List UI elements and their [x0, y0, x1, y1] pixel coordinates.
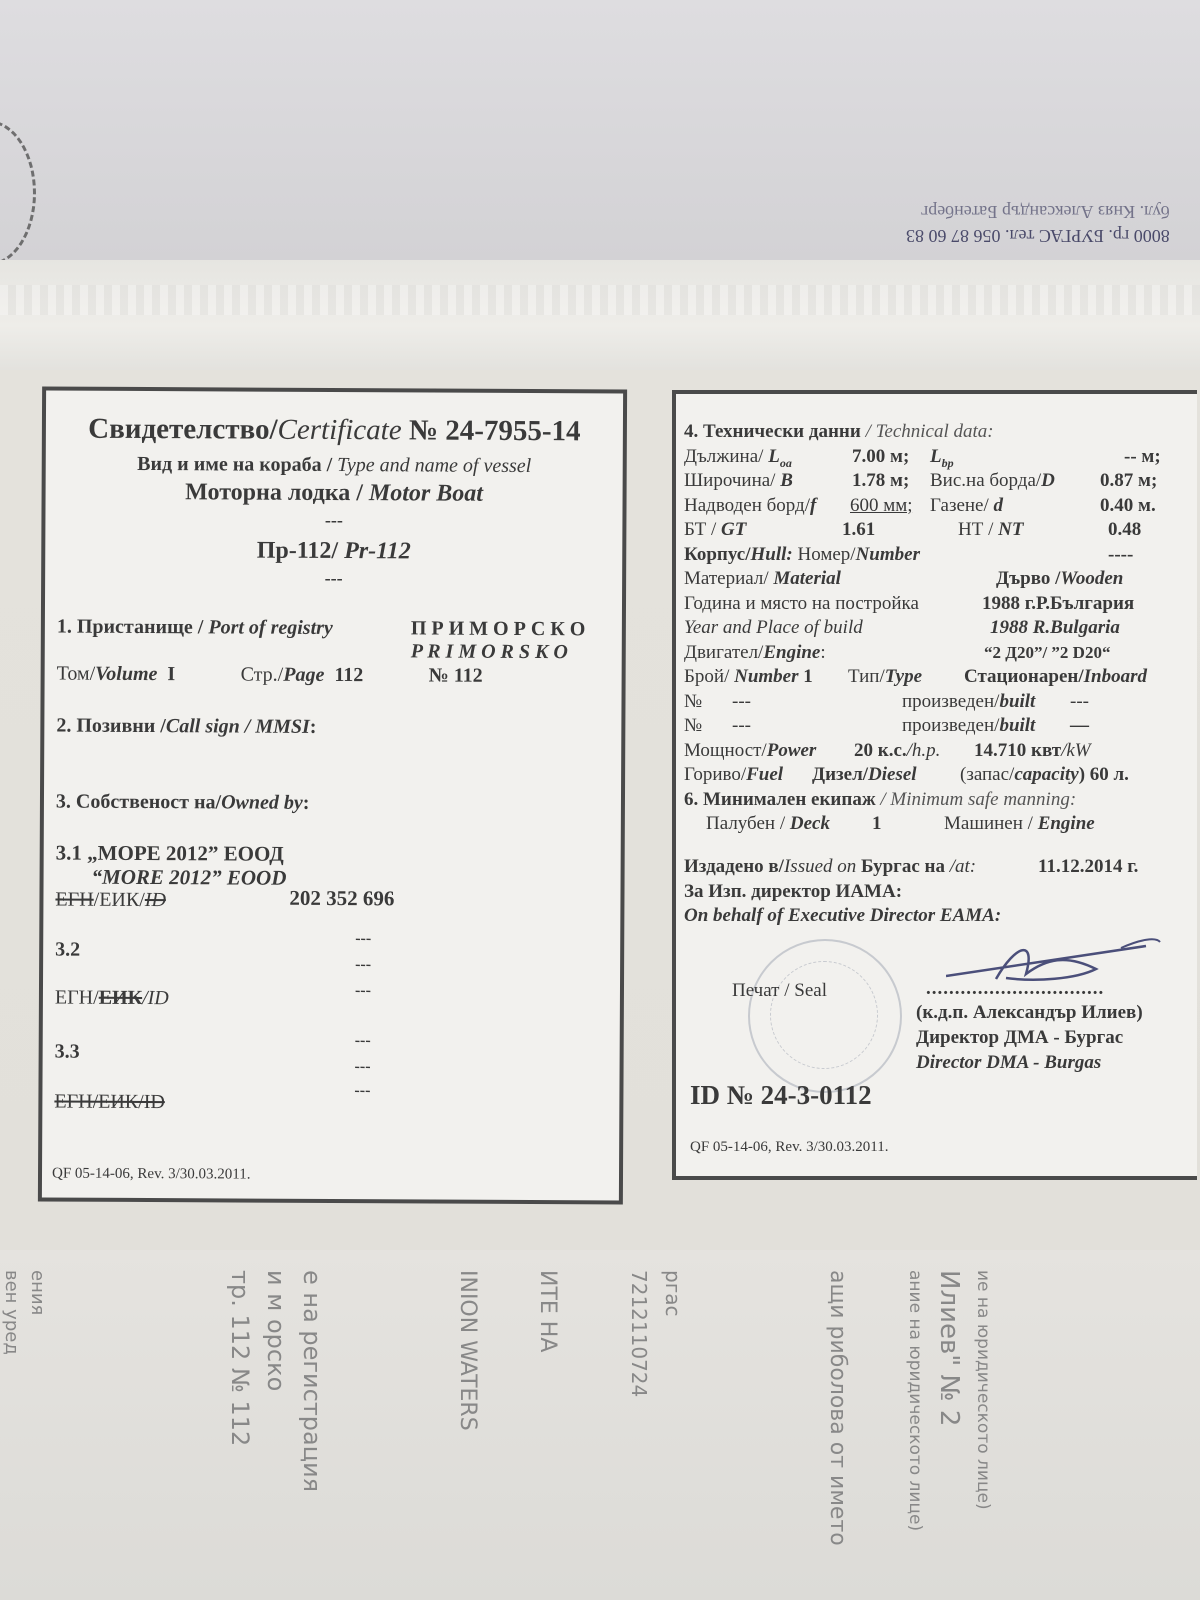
signer-title-bg: Директор ДМА - Бургас — [916, 1027, 1123, 1049]
row-engine: Двигател/Engine: “2 Д20”/ ”2 D20“ — [684, 641, 1200, 666]
row-breadth: Широчина/ B 1.78 м; Вис.на борда/D 0.87 … — [684, 469, 1200, 494]
row-tonnage: БТ / GT 1.61 НТ / NT 0.48 — [684, 518, 1200, 543]
owner-1-name-bg: 3.1 „МОРЕ 2012” ЕООД — [56, 841, 284, 867]
row-year-bg: Година и място на постройка 1988 г.Р.Бъл… — [684, 592, 1200, 617]
owner-2-id-label: ЕГН/ЕИК/ID — [55, 987, 169, 1011]
form-code-footer: QF 05-14-06, Rev. 3/30.03.2011. — [52, 1166, 251, 1184]
row-freeboard: Надводен борд/f 600 мм; Газене/ d 0.40 м… — [684, 494, 1200, 519]
row-engine-no-1: № --- произведен/built --- — [684, 690, 1200, 715]
owner-2-dash: --- — [355, 956, 371, 974]
seal-label: Печат / Seal — [732, 980, 827, 1002]
vessel-type-label: Вид и име на кораба / Type and name of v… — [46, 452, 623, 478]
issue-date: 11.12.2014 г. — [1038, 856, 1138, 878]
sleeve-punch-strip — [0, 285, 1200, 315]
owner-3-dash: --- — [355, 1032, 371, 1050]
row-hull: Корпус/Hull: Номер/Number ---- — [684, 543, 1200, 568]
separator: --- — [45, 508, 622, 532]
rotated-col-2: е на регистрация и м орско тр. 112 № 112 — [222, 1270, 330, 1492]
row-length: Дължина/ Loa 7.00 м; Lbp -- м; — [684, 445, 1200, 470]
official-seal-icon — [748, 939, 902, 1093]
owner-1-id-value: 202 352 696 — [289, 886, 394, 912]
owner-1-id-label: ЕГН/ЕИК/ID — [55, 889, 166, 913]
owner-3-dash: --- — [355, 1058, 371, 1076]
register-number: № 112 — [429, 665, 483, 688]
plastic-sleeve — [0, 260, 1200, 370]
manning-heading: 6. Минимален екипаж / Minimum safe manni… — [684, 788, 1200, 813]
rotated-col-1: ения вен уред 1.61 — [0, 1270, 50, 1355]
owner-3-id-dash: --- — [354, 1082, 370, 1100]
rotated-col-5: ргас 7212110724 — [622, 1270, 690, 1397]
row-material: Материал/ Material Дърво /Wooden — [684, 567, 1200, 592]
port-value-en: P R I M O R S K O — [411, 640, 568, 664]
vessel-type-value: Моторна лодка / Motor Boat — [46, 478, 623, 508]
certificate-title: Свидетелство/Certificate № 24-7955-14 — [46, 412, 623, 448]
port-value-bg: П Р И М О Р С К О — [411, 617, 586, 641]
row-fuel: Гориво/Fuel Дизел/Diesel (запас/capacity… — [684, 763, 1200, 788]
row-engine-count: Брой/ Number 1 Тип/Type Стационарен/Inbo… — [684, 665, 1200, 690]
port-label: 1. Пристанище / Port of registry — [57, 616, 333, 640]
certificate-right-panel: 4. Технически данни / Technical data: Дъ… — [672, 390, 1197, 1180]
vessel-registration: Пр-112/ Pr-112 — [45, 536, 622, 566]
row-manning: Палубен / Deck 1 Машинен / Engine — [684, 812, 1200, 837]
signer-title-en: Director DMA - Burgas — [916, 1052, 1101, 1074]
owner-3-id-label: ЕГН/ЕИК/ID — [54, 1091, 165, 1115]
rotated-col-7: ие на юридическото лице) Илиев" № 2 ание… — [898, 1270, 1000, 1531]
separator: --- — [45, 566, 622, 590]
row-power: Мощност/Power 20 к.с./h.p. 14.710 квт/kW — [684, 739, 1200, 764]
owner-3-num: 3.3 — [55, 1041, 80, 1064]
behalf-en: On behalf of Executive Director EAMA: — [684, 905, 1001, 927]
callsign-label: 2. Позивни /Call sign / MMSI: — [56, 715, 316, 739]
owner-2-dash: --- — [355, 930, 371, 948]
issued-row: Издадено в/Issued on Бургас на /at: — [684, 856, 976, 878]
tech-heading: 4. Технически данни / Technical data: — [684, 420, 1200, 445]
form-code-footer: QF 05-14-06, Rev. 3/30.03.2011. — [690, 1139, 888, 1156]
certificate-left-panel: Свидетелство/Certificate № 24-7955-14 Ви… — [38, 386, 627, 1204]
signer-name: (к.д.п. Александър Илиев) — [916, 1002, 1143, 1024]
underlying-document: ения вен уред 1.61 е на регистрация и м … — [0, 1250, 1200, 1600]
technical-data: 4. Технически данни / Technical data: Дъ… — [684, 420, 1200, 837]
page-row: Стр./Page 112 — [241, 664, 364, 688]
background-envelope: 8000 гр. БУРГАС тел. 056 87 60 83 бул. К… — [0, 0, 1200, 260]
rotated-col-4: ИТЕ НА — [535, 1270, 560, 1352]
upside-down-address: 8000 гр. БУРГАС тел. 056 87 60 83 бул. К… — [906, 200, 1170, 248]
postal-stamp-icon — [0, 120, 36, 266]
volume-row: Том/Volume I — [57, 663, 176, 687]
rotated-col-6: ащи риболова от името — [825, 1270, 850, 1546]
row-engine-no-2: № --- произведен/built — — [684, 714, 1200, 739]
rotated-col-3: INION WATERS — [455, 1270, 480, 1431]
row-year-en: Year and Place of build 1988 R.Bulgaria — [684, 616, 1200, 641]
id-number: ID № 24-3-0112 — [690, 1080, 872, 1111]
signature-icon — [946, 934, 1166, 984]
behalf-bg: За Изп. директор ИАМА: — [684, 881, 902, 903]
signature-line: ............................... — [926, 978, 1104, 1000]
owner-2-num: 3.2 — [55, 939, 80, 962]
owner-1-name-en: “MORE 2012” EOOD — [92, 865, 287, 891]
owned-by-label: 3. Собственост на/Owned by: — [56, 791, 310, 815]
owner-2-id-dash: --- — [355, 982, 371, 1000]
